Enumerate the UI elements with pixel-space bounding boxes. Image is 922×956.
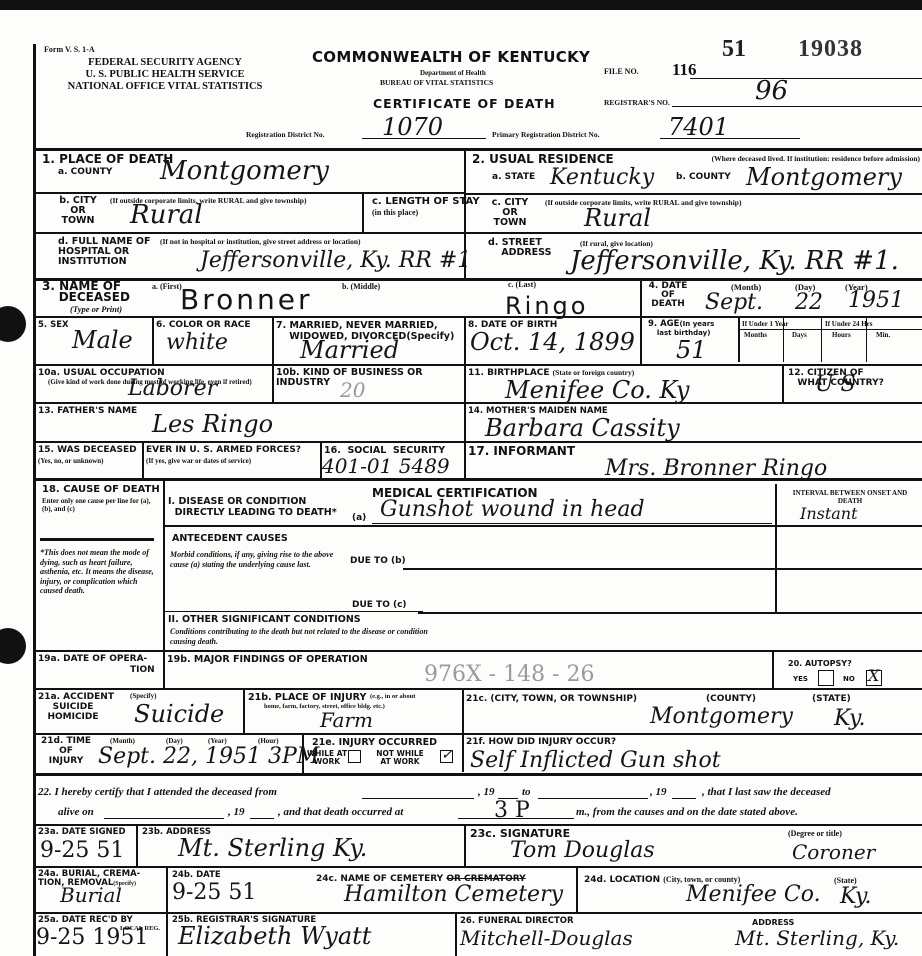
days-col: Days [792, 331, 807, 339]
cause-note: Enter only one cause per line for (a), (… [42, 497, 160, 513]
father-label: 13. FATHER'S NAME [38, 406, 137, 417]
funeral-director: Mitchell-Douglas [460, 926, 633, 950]
operation-date-label: 19a. DATE OF OPERA-TION [38, 654, 155, 676]
state-title: COMMONWEALTH OF KENTUCKY [312, 48, 590, 66]
cert-line-1-end: , that I last saw the deceased [702, 786, 831, 798]
residence-county: Montgomery [746, 163, 902, 191]
divider [272, 364, 274, 402]
blank-line [250, 818, 274, 819]
burial-location: Menifee Co. [686, 882, 821, 907]
divider [775, 484, 777, 612]
injury-state-label: (STATE) [812, 694, 851, 705]
reg-district-line [362, 138, 486, 139]
primary-district-label: Primary Registration District No. [492, 130, 599, 139]
divider [640, 316, 642, 364]
residence-label: 2. USUAL RESIDENCE [472, 154, 614, 165]
blank-line [672, 798, 696, 799]
divider [33, 824, 922, 826]
registrar-no-label: REGISTRAR'S NO. [604, 98, 670, 107]
divider [455, 912, 457, 956]
state-label: a. STATE [492, 172, 535, 183]
first-name-label: a. (First) [152, 282, 182, 291]
place-of-injury-note-a: (e.g., in or about [370, 693, 462, 701]
divider [33, 278, 922, 281]
date-of-birth: Oct. 14, 1899 [470, 328, 635, 356]
place-of-death-label: 1. PLACE OF DEATH [42, 153, 173, 165]
divider [362, 192, 364, 232]
death-time: 3 P [494, 798, 530, 823]
blank-line [362, 798, 474, 799]
degree-title-label: (Degree or title) [788, 829, 842, 838]
punch-hole [0, 306, 26, 342]
direct-cause-label: I. DISEASE OR CONDITION DIRECTLY LEADING… [168, 496, 337, 518]
at-work-checkbox[interactable] [348, 750, 361, 763]
divider [464, 824, 466, 866]
how-injury-label: 21f. HOW DID INJURY OCCUR? [466, 737, 616, 748]
burial-state: Ky. [840, 884, 872, 909]
autopsy-mark: X [868, 666, 879, 685]
due-to-b-label: DUE TO (b) [350, 556, 406, 567]
cert-19-c: , 19 [228, 806, 245, 818]
type-or-print-note: (Type or Print) [70, 304, 122, 314]
divider [272, 316, 274, 364]
informant-label: 17. INFORMANT [468, 446, 575, 457]
certifier-title: Coroner [792, 840, 875, 864]
bureau: BUREAU OF VITAL STATISTICS [380, 78, 493, 87]
residence-state: Kentucky [550, 165, 654, 190]
agency-line: FEDERAL SECURITY AGENCY [40, 57, 290, 69]
due-to-c-label: DUE TO (c) [352, 600, 407, 611]
divider [152, 316, 154, 364]
cause-of-death-label: 18. CAUSE OF DEATH [42, 484, 160, 495]
divider [464, 316, 466, 364]
cert-19-a: , 19 [478, 786, 495, 798]
divider [163, 525, 922, 527]
divider [33, 148, 922, 151]
antecedent-label: ANTECEDENT CAUSES [172, 533, 288, 544]
death-day: 22 [795, 290, 823, 315]
ssn: 401-01 5489 [322, 454, 450, 478]
divider [418, 612, 922, 614]
autopsy-no-label: NO [843, 674, 855, 685]
divider [33, 650, 922, 652]
length-of-stay-label: c. LENGTH OF STAY [372, 196, 480, 207]
injury-type: Suicide [134, 700, 224, 728]
injury-county: Montgomery [650, 704, 793, 729]
divider [33, 441, 922, 443]
occupation: Laborer [128, 376, 217, 401]
length-of-stay-note: (in this place) [372, 209, 418, 217]
divider [166, 866, 168, 956]
under-24-hrs-header: If Under 24 Hrs [825, 320, 873, 328]
under-1-year-header: If Under 1 Year [742, 320, 788, 328]
industry: 20 [340, 378, 365, 402]
divider [33, 192, 464, 194]
blank-line [538, 798, 648, 799]
cert-19-b: , 19 [650, 786, 667, 798]
death-year: 1951 [848, 288, 904, 313]
divider [163, 611, 423, 612]
agency-line: NATIONAL OFFICE VITAL STATISTICS [40, 81, 290, 93]
divider [33, 402, 922, 404]
injury-type-specify: (Specify) [130, 692, 156, 700]
divider [782, 366, 784, 402]
registrar-no-line [672, 106, 922, 107]
certificate-title: CERTIFICATE OF DEATH [373, 96, 556, 111]
divider [738, 329, 922, 330]
divider [462, 690, 464, 772]
date-signed-label: 23a. DATE SIGNED [38, 827, 126, 838]
operation-findings-label: 19b. MAJOR FINDINGS OF OPERATION [167, 654, 368, 665]
cert-line-1: 22. I hereby certify that I attended the… [38, 786, 277, 798]
not-at-work-mark: ✓ [441, 747, 453, 763]
cause-footnote: *This does not mean the mode of dying, s… [40, 548, 160, 596]
cert-line-2-end: m., from the causes and on the date stat… [576, 806, 798, 818]
stamp-year: 51 [722, 36, 746, 63]
divider [33, 773, 922, 776]
cert-line-2-mid: , and that death occurred at [278, 806, 403, 818]
agency-line: U. S. PUBLIC HEALTH SERVICE [40, 69, 290, 81]
divider [464, 442, 466, 478]
how-injury: Self Inflicted Gun shot [470, 748, 721, 773]
divider [136, 824, 138, 866]
sex: Male [72, 326, 133, 354]
cert-to: to [522, 786, 531, 798]
not-at-work-label: NOT WHILEAT WORK [362, 750, 438, 766]
hospital-note: (If not in hospital or institution, give… [160, 238, 460, 246]
date-signed: 9-25 51 [40, 838, 124, 863]
place-of-injury-label: 21b. PLACE OF INJURY [248, 692, 366, 703]
cert-line-2-start: alive on [58, 806, 94, 818]
agency-block: FEDERAL SECURITY AGENCY U. S. PUBLIC HEA… [40, 57, 290, 93]
primary-district: 7401 [668, 113, 729, 141]
marital-status: Married [300, 336, 399, 364]
antecedent-note: Morbid conditions, if any, giving rise t… [170, 550, 340, 570]
divider [403, 568, 922, 570]
last-name: Ringo [505, 292, 588, 320]
divider [821, 318, 822, 362]
deceased-name-label: 3. NAME OF DECEASED [42, 281, 130, 303]
primary-district-line [660, 138, 800, 139]
race: white [166, 330, 228, 355]
injury-state: Ky. [834, 706, 866, 731]
director-address: Mt. Sterling, Ky. [735, 926, 899, 950]
divider [33, 316, 922, 318]
divider [772, 650, 774, 690]
city-town-label: b. CITYORTOWN [58, 196, 98, 226]
injury-city-label: 21c. (CITY, TOWN, OR TOWNSHIP) [466, 694, 637, 705]
other-conditions-note: Conditions contributing to the death but… [170, 627, 450, 647]
divider [33, 912, 922, 914]
file-no-line [690, 78, 922, 79]
reg-district: 1070 [382, 113, 443, 141]
mother-name: Barbara Cassity [485, 414, 680, 442]
file-no-label: FILE NO. [604, 67, 639, 76]
divider [640, 280, 642, 316]
months-col: Months [744, 331, 767, 339]
hours-col: Hours [832, 331, 851, 339]
registrar-signature: Elizabeth Wyatt [178, 922, 371, 950]
father-name: Les Ringo [152, 410, 273, 438]
residence-city-label: c. CITYORTOWN [490, 198, 530, 228]
cause-a: Gunshot wound in head [380, 497, 645, 522]
cause-a-marker: (a) [352, 513, 366, 524]
interval-label: INTERVAL BETWEEN ONSET AND DEATH [780, 489, 920, 505]
industry-label: 10b. KIND OF BUSINESS OR INDUSTRY [276, 368, 462, 388]
operation-code: 976X - 148 - 26 [424, 662, 594, 687]
divider [464, 364, 466, 402]
death-month: Sept. [705, 290, 763, 315]
county-label: a. COUNTY [58, 167, 112, 178]
punch-hole [0, 628, 26, 664]
divider [142, 442, 144, 478]
department: Department of Health [420, 69, 486, 77]
last-name-label: c. (Last) [508, 280, 536, 289]
registrar-no: 96 [755, 76, 788, 106]
divider [576, 866, 578, 912]
divider [33, 733, 922, 735]
birthplace: Menifee Co. Ky [505, 376, 689, 404]
place-of-injury: Farm [320, 708, 373, 732]
divider [33, 364, 922, 366]
file-no: 116 [672, 60, 697, 80]
date-of-death-label: 4. DATEOFDEATH [648, 282, 688, 309]
autopsy-yes-checkbox[interactable] [818, 670, 834, 686]
divider [243, 690, 245, 734]
death-county: Montgomery [160, 156, 329, 186]
middle-name-label: b. (Middle) [342, 282, 380, 291]
street-label: d. STREET ADDRESS [488, 238, 551, 258]
informant: Mrs. Bronner Ringo [605, 456, 827, 481]
cause-a-line [372, 523, 772, 524]
death-city: Rural [130, 200, 203, 230]
reg-district-label: Registration District No. [246, 130, 325, 139]
divider [738, 318, 740, 362]
minutes-col: Min. [876, 331, 890, 339]
death-hospital: Jeffersonville, Ky. RR #1 [200, 248, 471, 273]
divider [464, 193, 922, 195]
armed-label-a: 15. WAS DECEASED [38, 445, 137, 456]
date-received: 9-25 1951 [36, 925, 148, 950]
sex-label: 5. SEX [38, 320, 69, 331]
disposition: Burial [60, 883, 122, 907]
residence-street: Jeffersonville, Ky. RR #1. [570, 246, 899, 276]
residence-city: Rural [584, 204, 651, 232]
divider [33, 232, 922, 234]
at-work-label: WHILE ATWORK [306, 750, 348, 766]
armed-note-b: (If yes, give war or dates of service) [146, 457, 251, 465]
other-conditions-label: II. OTHER SIGNIFICANT CONDITIONS [168, 614, 361, 625]
certifier-address: Mt. Sterling Ky. [178, 834, 367, 862]
autopsy-label: 20. AUTOPSY? [788, 658, 852, 669]
injury-type-label: 21a. ACCIDENTSUICIDEHOMICIDE [38, 692, 108, 722]
certifier-signature: Tom Douglas [510, 838, 655, 863]
autopsy-yes-label: YES [793, 674, 808, 685]
injury-time: Sept. 22, 1951 3PM [98, 744, 319, 769]
residence-county-label: b. COUNTY [676, 172, 731, 183]
cemetery: Hamilton Cemetery [344, 882, 563, 907]
scan-top-border [0, 0, 922, 10]
citizen: U S [815, 372, 856, 397]
hospital-label: d. FULL NAME OF HOSPITAL OR INSTITUTION [58, 237, 168, 267]
form-number: Form V. S. 1-A [44, 45, 95, 54]
armed-note-a: (Yes, no, or unknown) [38, 457, 103, 465]
divider [33, 688, 922, 690]
divider [464, 402, 466, 442]
divider [40, 538, 154, 541]
stamp-number: 19038 [798, 36, 863, 63]
age: 51 [676, 336, 707, 364]
first-name: Bronner [180, 283, 312, 316]
injury-occurred-label: 21e. INJURY OCCURRED [312, 737, 437, 748]
armed-label-b: EVER IN U. S. ARMED FORCES? [146, 445, 301, 456]
burial-date: 9-25 51 [172, 880, 256, 905]
blank-line [104, 818, 224, 819]
injury-time-label: 21d. TIMEOFINJURY [38, 736, 94, 766]
residence-note: (Where deceased lived. If institution: r… [656, 155, 920, 163]
divider [163, 480, 165, 688]
interval-a: Instant [800, 504, 858, 523]
form-left-border [33, 44, 36, 956]
